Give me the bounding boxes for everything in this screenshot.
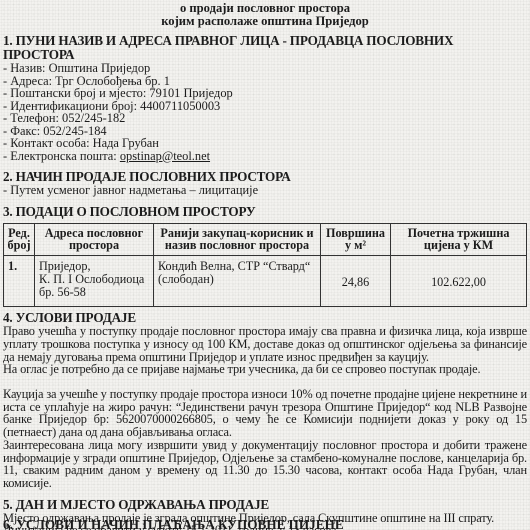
- seller-name: - Назив: Општина Приједор: [3, 62, 527, 75]
- inspection-paragraph: Заинтересована лица могу извршити увид у…: [3, 439, 527, 490]
- deposit-paragraph: Кауција за учешће у поступку продаје про…: [3, 388, 527, 439]
- section-6-heading: 6. УСЛОВИ И НАЧИН ПЛАЋАЊА КУПОВНЕ ЦИЈЕНЕ: [3, 519, 344, 530]
- header-area: Површина у м²: [321, 223, 391, 256]
- section-3-heading: 3. ПОДАЦИ О ПОСЛОВНОМ ПРОСТОРУ: [3, 205, 527, 219]
- public-notice-document: о продаји пословног простора којим распо…: [3, 0, 527, 530]
- title-line-2: којим располаже општина Приједор: [3, 15, 527, 28]
- section-5-heading: 5. ДАН И МЈЕСТО ОДРЖАВАЊА ПРОДАЈЕ: [3, 498, 527, 512]
- cell-address: Приједор, К. П. I Ослободиоца бр. 56-58: [35, 256, 154, 307]
- sale-method-text: - Путем усменог јавног надметања – лицит…: [3, 184, 527, 197]
- email-link[interactable]: opstinap@teol.net: [120, 149, 210, 163]
- property-table: Ред. број Адреса пословног простора Рани…: [3, 223, 527, 308]
- section-4-heading: 4. УСЛОВИ ПРОДАЈЕ: [3, 311, 527, 325]
- section-property-data: 3. ПОДАЦИ О ПОСЛОВНОМ ПРОСТОРУ Ред. број…: [3, 205, 527, 308]
- conditions-paragraph-2: На оглас је потребно да се пријаве најма…: [3, 363, 527, 376]
- section-seller-info: 1. ПУНИ НАЗИВ И АДРЕСА ПРАВНОГ ЛИЦА - ПР…: [3, 34, 527, 162]
- section-sale-method: 2. НАЧИН ПРОДАЈЕ ПОСЛОВНИХ ПРОСТОРА - Пу…: [3, 170, 527, 197]
- header-address: Адреса пословног простора: [35, 223, 154, 256]
- section-sale-conditions: 4. УСЛОВИ ПРОДАЈЕ Право учешћа у поступк…: [3, 311, 527, 489]
- header-no: Ред. број: [4, 223, 35, 256]
- table-row: 1. Приједор, К. П. I Ослободиоца бр. 56-…: [4, 256, 527, 307]
- seller-postal: - Поштански број и мјесто: 79101 Приједо…: [3, 87, 527, 100]
- header-tenant: Ранији закупац-корисник и назив пословно…: [154, 223, 321, 256]
- section-2-heading: 2. НАЧИН ПРОДАЈЕ ПОСЛОВНИХ ПРОСТОРА: [3, 170, 527, 184]
- cell-area: 24,86: [321, 256, 391, 307]
- seller-email-line: - Електронска пошта: opstinap@teol.net: [3, 150, 527, 163]
- email-label: - Електронска пошта:: [3, 149, 120, 163]
- seller-phone: - Телефон: 052/245-182: [3, 112, 527, 125]
- table-header-row: Ред. број Адреса пословног простора Рани…: [4, 223, 527, 256]
- cell-price: 102.622,00: [391, 256, 527, 307]
- notice-title: о продаји пословног простора којим распо…: [3, 2, 527, 28]
- section-1-heading: 1. ПУНИ НАЗИВ И АДРЕСА ПРАВНОГ ЛИЦА - ПР…: [3, 34, 527, 62]
- seller-details-list: - Назив: Општина Приједор - Адреса: Трг …: [3, 62, 527, 162]
- cell-tenant: Кондић Велна, СТР “Ствард“ (слободан): [154, 256, 321, 307]
- header-price: Почетна тржишна цијена у КМ: [391, 223, 527, 256]
- cell-no: 1.: [4, 256, 35, 307]
- conditions-paragraph-1: Право учешћа у поступку продаје пословно…: [3, 325, 527, 363]
